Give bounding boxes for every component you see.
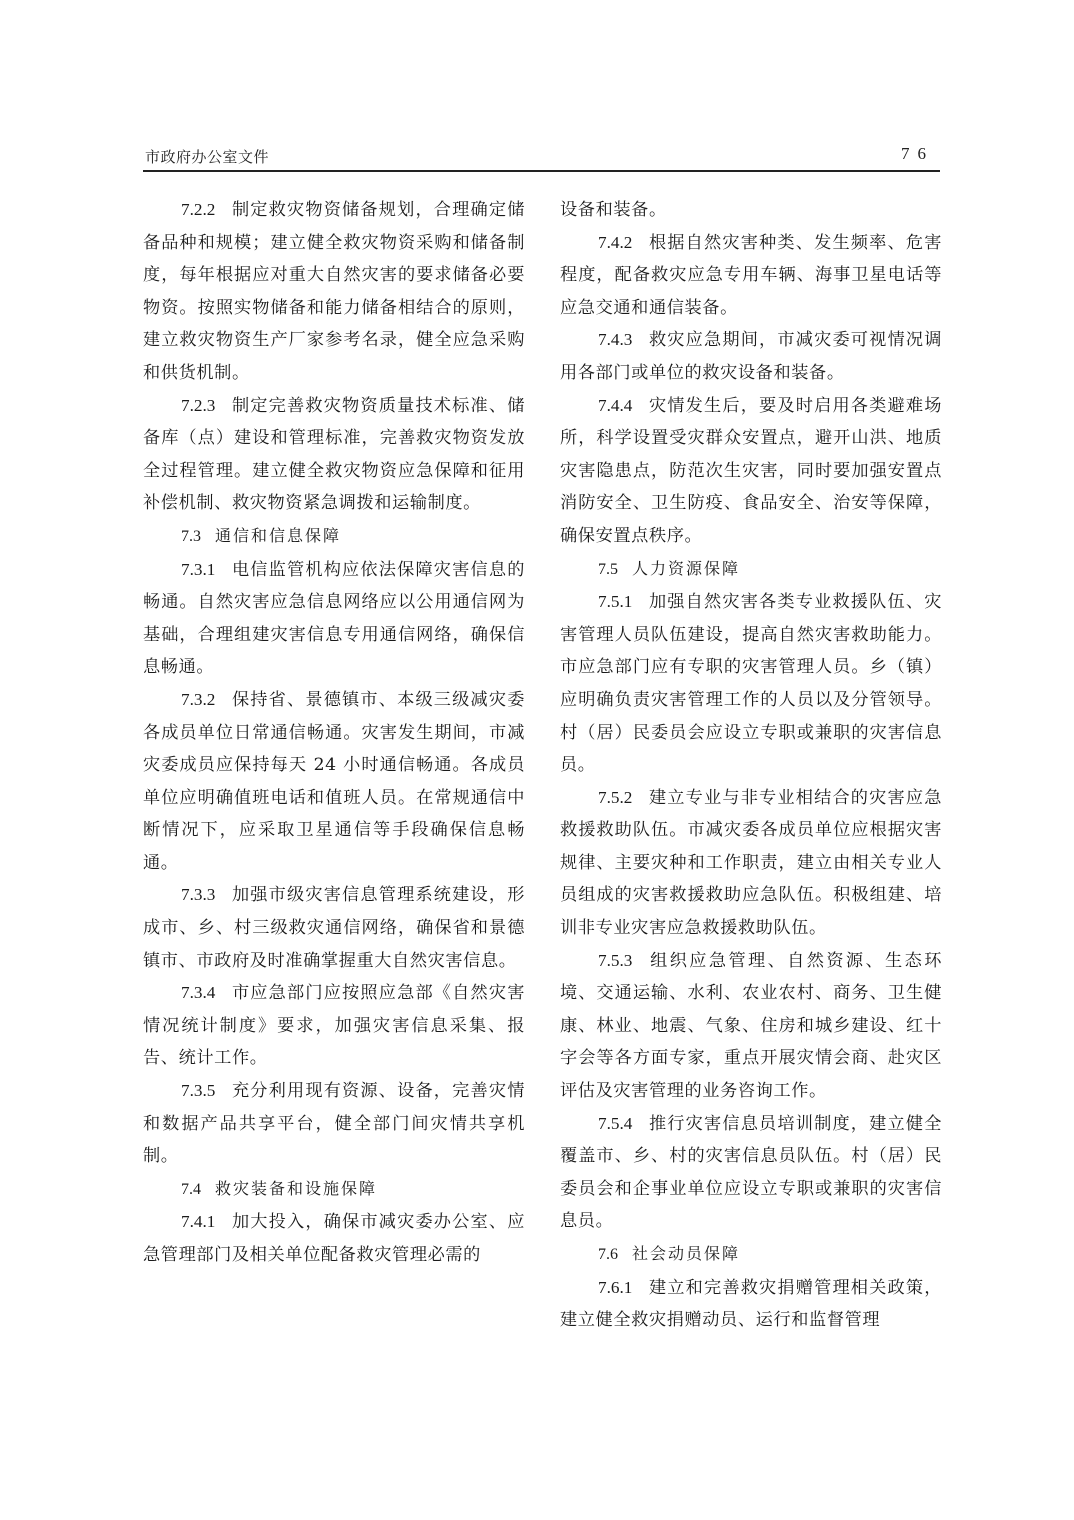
clause-paragraph: 7.4.1加大投入，确保市减灾委办公室、应急管理部门及相关单位配备救灾管理必需的 <box>143 1206 525 1271</box>
clause-text: 人力资源保障 <box>632 559 740 578</box>
clause-number: 7.3 <box>181 528 201 545</box>
clause-number: 7.3.1 <box>181 560 215 579</box>
clause-number: 7.4.2 <box>598 233 632 252</box>
clause-number: 7.6.1 <box>598 1278 632 1297</box>
clause-number: 7.6 <box>598 1246 618 1263</box>
clause-text: 制定救灾物资储备规划，合理确定储备品种和规模；建立健全救灾物资采购和储备制度，每… <box>143 200 525 383</box>
clause-text: 设备和装备。 <box>560 200 667 220</box>
document-source-title: 市政府办公室文件 <box>145 146 269 167</box>
clause-number: 7.4.3 <box>598 330 632 349</box>
clause-text: 社会动员保障 <box>632 1244 740 1263</box>
clause-paragraph: 7.3.2保持省、景德镇市、本级三级减灾委各成员单位日常通信畅通。灾害发生期间，… <box>143 684 525 880</box>
clause-text: 救灾装备和设施保障 <box>215 1179 377 1198</box>
section-heading: 7.5人力资源保障 <box>560 553 942 587</box>
clause-paragraph: 7.5.1加强自然灾害各类专业救援队伍、灾害管理人员队伍建设，提高自然灾害救助能… <box>560 586 942 782</box>
clause-number: 7.3.5 <box>181 1081 215 1100</box>
clause-paragraph: 7.3.4市应急部门应按照应急部《自然灾害情况统计制度》要求，加强灾害信息采集、… <box>143 977 525 1075</box>
section-heading: 7.6社会动员保障 <box>560 1238 942 1272</box>
clause-number: 7.3.2 <box>181 690 215 709</box>
clause-number: 7.5.2 <box>598 788 632 807</box>
clause-paragraph: 7.4.4灾情发生后，要及时启用各类避难场所，科学设置受灾群众安置点，避开山洪、… <box>560 390 942 553</box>
paragraph-continuation: 设备和装备。 <box>560 194 942 227</box>
page-number: 76 <box>901 144 934 164</box>
clause-text: 加强自然灾害各类专业救援队伍、灾害管理人员队伍建设，提高自然灾害救助能力。市应急… <box>560 592 942 775</box>
clause-number: 7.4.4 <box>598 396 632 415</box>
clause-text: 灾情发生后，要及时启用各类避难场所，科学设置受灾群众安置点，避开山洪、地质灾害隐… <box>560 396 942 546</box>
clause-text: 组织应急管理、自然资源、生态环境、交通运输、水利、农业农村、商务、卫生健康、林业… <box>560 951 942 1101</box>
right-column: 设备和装备。7.4.2根据自然灾害种类、发生频率、危害程度，配备救灾应急专用车辆… <box>560 194 942 1337</box>
clause-paragraph: 7.5.2建立专业与非专业相结合的灾害应急救援救助队伍。市减灾委各成员单位应根据… <box>560 782 942 945</box>
page-header: 市政府办公室文件 76 <box>143 146 940 172</box>
clause-number: 7.5.1 <box>598 592 632 611</box>
section-heading: 7.3通信和信息保障 <box>143 520 525 554</box>
clause-number: 7.5.3 <box>598 951 632 970</box>
clause-paragraph: 7.2.2制定救灾物资储备规划，合理确定储备品种和规模；建立健全救灾物资采购和储… <box>143 194 525 390</box>
clause-text: 保持省、景德镇市、本级三级减灾委各成员单位日常通信畅通。灾害发生期间，市减灾委成… <box>143 690 525 873</box>
clause-number: 7.2.2 <box>181 200 215 219</box>
clause-number: 7.5.4 <box>598 1114 632 1133</box>
clause-text: 通信和信息保障 <box>215 526 341 545</box>
section-heading: 7.4救灾装备和设施保障 <box>143 1173 525 1207</box>
clause-paragraph: 7.4.2根据自然灾害种类、发生频率、危害程度，配备救灾应急专用车辆、海事卫星电… <box>560 227 942 325</box>
clause-number: 7.3.4 <box>181 983 215 1002</box>
clause-paragraph: 7.2.3制定完善救灾物资质量技术标准、储备库（点）建设和管理标准，完善救灾物资… <box>143 390 525 520</box>
clause-text: 建立专业与非专业相结合的灾害应急救援救助队伍。市减灾委各成员单位应根据灾害规律、… <box>560 788 942 938</box>
clause-number: 7.2.3 <box>181 396 215 415</box>
clause-paragraph: 7.4.3救灾应急期间，市减灾委可视情况调用各部门或单位的救灾设备和装备。 <box>560 324 942 389</box>
clause-number: 7.4.1 <box>181 1212 215 1231</box>
clause-number: 7.5 <box>598 561 618 578</box>
clause-paragraph: 7.3.1电信监管机构应依法保障灾害信息的畅通。自然灾害应急信息网络应以公用通信… <box>143 554 525 684</box>
clause-number: 7.4 <box>181 1181 201 1198</box>
clause-paragraph: 7.5.4推行灾害信息员培训制度，建立健全覆盖市、乡、村的灾害信息员队伍。村（居… <box>560 1108 942 1238</box>
clause-paragraph: 7.3.5充分利用现有资源、设备，完善灾情和数据产品共享平台，健全部门间灾情共享… <box>143 1075 525 1173</box>
clause-paragraph: 7.5.3组织应急管理、自然资源、生态环境、交通运输、水利、农业农村、商务、卫生… <box>560 945 942 1108</box>
clause-paragraph: 7.3.3加强市级灾害信息管理系统建设，形成市、乡、村三级救灾通信网络，确保省和… <box>143 879 525 977</box>
left-column: 7.2.2制定救灾物资储备规划，合理确定储备品种和规模；建立健全救灾物资采购和储… <box>143 194 525 1272</box>
clause-number: 7.3.3 <box>181 885 215 904</box>
clause-paragraph: 7.6.1建立和完善救灾捐赠管理相关政策，建立健全救灾捐赠动员、运行和监督管理 <box>560 1272 942 1337</box>
